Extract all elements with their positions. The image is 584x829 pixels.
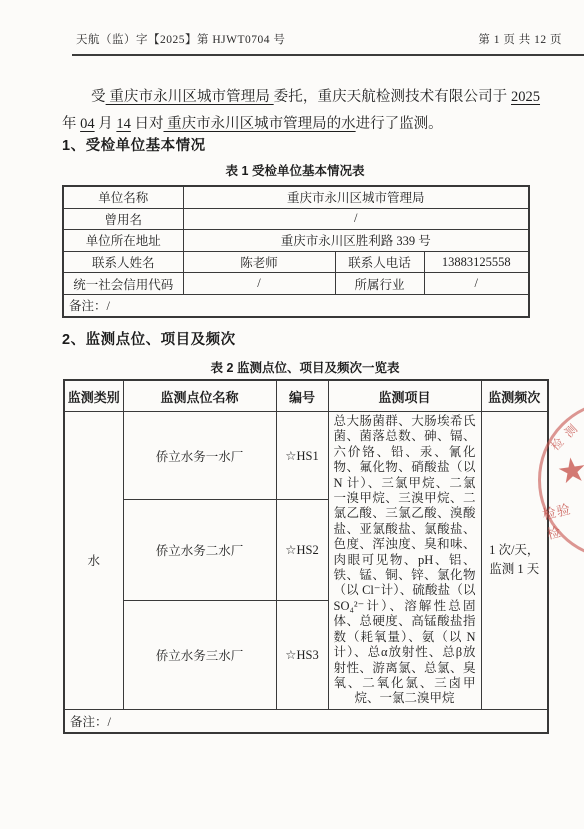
day-underlined: 14 [116, 116, 131, 132]
table-row: 备注：/ [63, 294, 529, 316]
page-header: 天航（监）字【2025】第 HJWT0704 号 第 1 页 共 12 页 [76, 31, 562, 47]
monitoring-plan-table: 监测类别 监测点位名称 编号 监测项目 监测频次 水 侨立水务一水厂 ☆HS1 … [63, 379, 549, 734]
table-row: 备注：/ [64, 709, 548, 733]
header-rule [72, 54, 584, 56]
contact-label: 联系人姓名 [63, 251, 183, 273]
credit-code-value: / [183, 273, 335, 295]
contact-value: 陈老师 [183, 251, 335, 273]
point-code-cell: ☆HS3 [276, 601, 328, 710]
table-2-caption: 表 2 监测点位、项目及频次一览表 [63, 358, 547, 376]
table-2-note: 备注：/ [64, 709, 548, 733]
industry-label: 所属行业 [335, 273, 424, 295]
table-row: 单位所在地址 重庆市永川区胜利路 339 号 [63, 230, 529, 252]
unit-name-label: 单位名称 [63, 186, 183, 208]
col-header-category: 监测类别 [64, 380, 123, 412]
phone-label: 联系人电话 [335, 251, 424, 273]
point-name-cell: 侨立水务三水厂 [123, 601, 276, 710]
table-row: 水 侨立水务一水厂 ☆HS1 总大肠菌群、大肠埃希氏菌、菌落总数、砷、镉、六价铬… [64, 412, 548, 500]
section-1-heading: 1、受检单位基本情况 [62, 134, 206, 155]
intro-paragraph: 受 重庆市永川区城市管理局 委托，重庆天航检测技术有限公司于 2025 年 04… [62, 84, 540, 139]
address-value: 重庆市永川区胜利路 339 号 [183, 230, 529, 252]
table-header-row: 监测类别 监测点位名称 编号 监测项目 监测频次 [64, 380, 548, 412]
point-code-cell: ☆HS2 [276, 500, 328, 601]
intro-text: 年 [62, 116, 80, 132]
doc-number: 天航（监）字【2025】第 HJWT0704 号 [76, 31, 285, 47]
table-row: 统一社会信用代码 / 所属行业 / [63, 273, 529, 295]
table-1-note: 备注：/ [63, 294, 529, 316]
category-cell: 水 [64, 412, 123, 710]
intro-text: 进行了监测。 [356, 116, 443, 132]
table-row: 曾用名 / [63, 208, 529, 230]
monitored-object-underlined: 重庆市永川区城市管理局的水 [164, 116, 356, 132]
stamp-star-icon: ★ [554, 449, 584, 493]
table-1-caption: 表 1 受检单位基本情况表 [62, 161, 528, 179]
address-label: 单位所在地址 [63, 230, 183, 252]
table-row: 联系人姓名 陈老师 联系人电话 13883125558 [63, 251, 529, 273]
page-number: 第 1 页 共 12 页 [478, 31, 562, 47]
client-name-underlined: 重庆市永川区城市管理局 [106, 89, 274, 105]
basic-info-table: 单位名称 重庆市永川区城市管理局 曾用名 / 单位所在地址 重庆市永川区胜利路 … [62, 185, 530, 318]
stamp-arc-text-bottom: 检验检 [540, 495, 584, 543]
col-header-code: 编号 [276, 380, 328, 412]
intro-text: 受 [91, 89, 106, 105]
month-underlined: 04 [80, 116, 95, 132]
table-row: 单位名称 重庆市永川区城市管理局 [63, 186, 529, 208]
year-underlined: 2025 [511, 89, 540, 105]
intro-text: 委托，重庆天航检测技术有限公司于 [274, 89, 511, 105]
former-name-label: 曾用名 [63, 208, 183, 230]
phone-value: 13883125558 [424, 251, 529, 273]
point-name-cell: 侨立水务二水厂 [123, 500, 276, 601]
intro-text: 日对 [131, 116, 164, 132]
col-header-point-name: 监测点位名称 [123, 380, 276, 412]
intro-text: 月 [95, 116, 117, 132]
unit-name-value: 重庆市永川区城市管理局 [183, 186, 529, 208]
credit-code-label: 统一社会信用代码 [63, 273, 183, 295]
frequency-cell: 1 次/天， 监测 1 天 [481, 412, 548, 710]
col-header-frequency: 监测频次 [481, 380, 548, 412]
section-2-heading: 2、监测点位、项目及频次 [62, 328, 236, 349]
point-name-cell: 侨立水务一水厂 [123, 412, 276, 500]
monitoring-items-cell: 总大肠菌群、大肠埃希氏菌、菌落总数、砷、镉、六价铬、铅、汞、氰化物、氟化物、硝酸… [328, 412, 481, 710]
former-name-value: / [183, 208, 529, 230]
col-header-items: 监测项目 [328, 380, 481, 412]
industry-value: / [424, 273, 529, 295]
point-code-cell: ☆HS1 [276, 412, 328, 500]
document-page: 天航（监）字【2025】第 HJWT0704 号 第 1 页 共 12 页 受 … [0, 0, 584, 829]
